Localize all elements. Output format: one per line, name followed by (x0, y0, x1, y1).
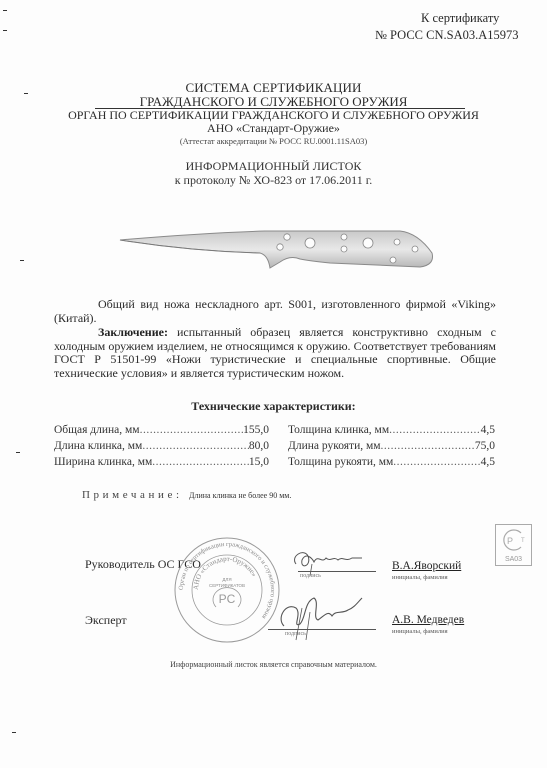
expert-signature-line (268, 629, 376, 630)
scan-speck (3, 10, 7, 11)
certificate-reference: К сертификату № РОСС CN.SA03.A15973 (375, 10, 519, 44)
spec-row: Общая длина, мм155,0 (54, 422, 269, 438)
svg-text:P: P (507, 536, 513, 546)
system-title-line-1: СИСТЕМА СЕРТИФИКАЦИИ (0, 81, 547, 95)
head-signature-line (298, 571, 376, 572)
pct-conformity-mark-icon: P T SA03 (495, 524, 532, 566)
organization-name: АНО «Стандарт-Оружие» (0, 122, 547, 135)
expert-name-caption: инициалы, фамилия (392, 628, 448, 635)
specs-left-column: Общая длина, мм155,0 Длина клинка, мм80,… (54, 422, 269, 470)
specs-title: Технические характеристики: (0, 399, 547, 414)
system-title-line-2: ГРАЖДАНСКОГО И СЛУЖЕБНОГО ОРУЖИЯ (0, 95, 547, 109)
svg-text:PC: PC (219, 592, 236, 606)
description-text: Общий вид ножа нескладного арт. S001, из… (54, 297, 496, 325)
expert-signature-caption: подпись (285, 631, 306, 637)
footer-note: Информационный листок является справочны… (0, 660, 547, 669)
head-signature-caption: подпись (300, 573, 321, 579)
expert-role: Эксперт (85, 613, 127, 628)
head-name-caption: инициалы, фамилия (392, 574, 448, 581)
cert-mark-code: SA03 (496, 556, 531, 563)
note-text: Длина клинка не более 90 мм. (189, 491, 291, 500)
document-title: ИНФОРМАЦИОННЫЙ ЛИСТОК (0, 159, 547, 173)
reference-number: № РОСС CN.SA03.A15973 (375, 27, 519, 44)
scan-speck (24, 93, 28, 94)
scan-speck (3, 30, 7, 31)
accreditation-certificate: (Аттестат аккредитации № РОСС RU.0001.11… (0, 136, 547, 147)
general-view-description: Общий вид ножа нескладного арт. S001, из… (54, 298, 496, 325)
spec-row: Толщина клинка, мм4,5 (288, 422, 495, 438)
scan-speck (12, 732, 16, 733)
expert-signature-icon (262, 588, 372, 642)
spec-row: Толщина рукояти, мм4,5 (288, 454, 495, 470)
protocol-reference: к протоколу № ХО-823 от 17.06.2011 г. (0, 173, 547, 187)
svg-text:T: T (521, 538, 525, 544)
scan-speck (20, 260, 24, 261)
note-label: Примечание: (82, 489, 183, 501)
head-signature-icon (282, 542, 372, 582)
spec-row: Ширина клинка, мм15,0 (54, 454, 269, 470)
conclusion-label: Заключение: (98, 325, 168, 339)
spec-row: Длина рукояти, мм75,0 (288, 438, 495, 454)
scan-speck (16, 452, 20, 453)
expert-name: А.В. Медведев (392, 614, 464, 626)
reference-line-1: К сертификату (375, 10, 519, 27)
specs-right-column: Толщина клинка, мм4,5 Длина рукояти, мм7… (288, 422, 495, 470)
head-name: В.А.Яворский (392, 560, 461, 572)
conclusion-paragraph: Заключение: испытанный образец является … (54, 326, 496, 380)
knife-photo-icon (100, 215, 445, 275)
stamp-center-line-1: ДЛЯ (222, 577, 231, 582)
spec-row: Длина клинка, мм80,0 (54, 438, 269, 454)
